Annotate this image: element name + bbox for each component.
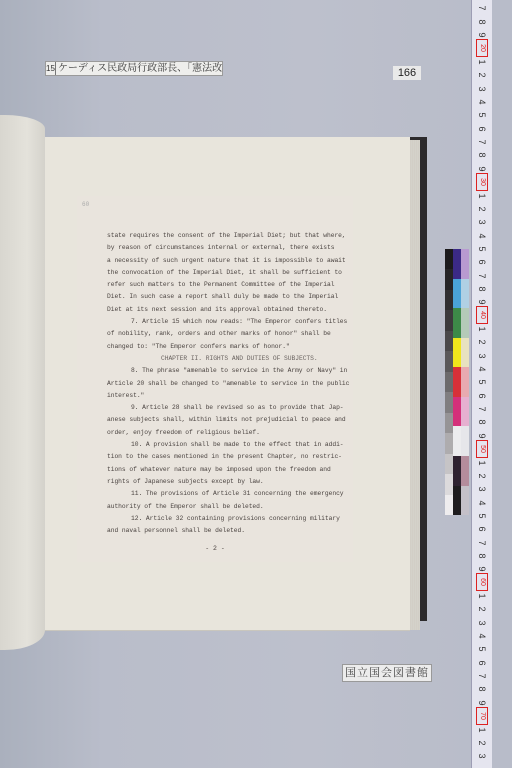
document-line: 12. Article 32 containing provisions con… xyxy=(107,513,345,525)
color-patch xyxy=(453,249,461,279)
document-page-footer: - 2 - xyxy=(77,545,353,552)
color-calibration-chart xyxy=(445,249,469,515)
typed-document: 60 state requires the consent of the Imp… xyxy=(77,196,353,562)
document-line: Diet at its next session and its approva… xyxy=(107,304,345,316)
gray-patch xyxy=(445,269,453,289)
gray-patch xyxy=(445,454,453,474)
document-line: and naval personnel shall be deleted. xyxy=(107,525,345,537)
color-patch xyxy=(453,338,461,368)
color-patch-row xyxy=(453,486,469,516)
color-patch xyxy=(461,367,469,397)
color-patch-row xyxy=(453,456,469,486)
color-patch xyxy=(453,397,461,427)
document-line: 8. The phrase "amenable to service in th… xyxy=(107,365,345,377)
color-patch-row xyxy=(453,367,469,397)
gray-patch xyxy=(445,433,453,453)
color-patch xyxy=(453,367,461,397)
document-line: 7. Article 15 which now reads: "The Empe… xyxy=(107,316,345,328)
color-patch xyxy=(453,426,461,456)
book-left-curl xyxy=(0,115,45,650)
color-patch xyxy=(461,397,469,427)
color-patch xyxy=(453,308,461,338)
archive-label-number: 15 xyxy=(46,62,56,75)
gray-patch xyxy=(445,413,453,433)
document-line: changed to: "The Emperor confers marks o… xyxy=(107,341,345,353)
gray-patch xyxy=(445,249,453,269)
color-patch xyxy=(461,338,469,368)
document-line: the convocation of the Imperial Diet, it… xyxy=(107,267,345,279)
document-line: state requires the consent of the Imperi… xyxy=(107,230,345,242)
archive-page-number: 166 xyxy=(393,66,421,80)
document-line: of nobility, rank, orders and other mark… xyxy=(107,328,345,340)
color-patch-row xyxy=(453,397,469,427)
color-patch xyxy=(461,279,469,309)
gray-patch xyxy=(445,495,453,515)
color-patch-row xyxy=(453,308,469,338)
library-stamp: 国立国会図書館 xyxy=(342,664,432,682)
chapter-heading: CHAPTER II. RIGHTS AND DUTIES OF SUBJECT… xyxy=(107,353,345,365)
document-line: Article 20 shall be changed to "amenable… xyxy=(107,378,345,390)
document-line: refer such matters to the Permanent Comm… xyxy=(107,279,345,291)
gray-patch xyxy=(445,290,453,310)
document-line: tion to the cases mentioned in the prese… xyxy=(107,451,345,463)
color-patch xyxy=(453,456,461,486)
color-patch-row xyxy=(453,279,469,309)
document-line: order, enjoy freedom of religious belief… xyxy=(107,427,345,439)
color-patch-row xyxy=(453,338,469,368)
gray-patch xyxy=(445,331,453,351)
color-patch xyxy=(461,486,469,516)
archive-label-title: ケーディス民政局行政部長、「憲法改正要綱」 xyxy=(56,62,223,75)
archive-label: 15 ケーディス民政局行政部長、「憲法改正要綱」 xyxy=(45,61,223,76)
color-patch xyxy=(461,308,469,338)
gray-patch xyxy=(445,474,453,494)
gray-patch xyxy=(445,372,453,392)
color-patch xyxy=(453,279,461,309)
document-line: rights of Japanese subjects except by la… xyxy=(107,476,345,488)
pencil-mark: 60 xyxy=(82,201,89,208)
gray-patch xyxy=(445,351,453,371)
document-line: 10. A provision shall be made to the eff… xyxy=(107,439,345,451)
ruler-tick-label: 3 xyxy=(477,747,487,765)
document-line: 11. The provisions of Article 31 concern… xyxy=(107,488,345,500)
document-line: Diet. In such case a report shall duly b… xyxy=(107,291,345,303)
document-line: interest." xyxy=(107,390,345,402)
measurement-ruler: 7892012345678930123456789401234567895012… xyxy=(471,0,492,768)
document-line: by reason of circumstances internal or e… xyxy=(107,242,345,254)
color-patch xyxy=(461,426,469,456)
color-patch xyxy=(461,249,469,279)
color-patches xyxy=(453,249,469,515)
document-line: tions of whatever nature may be imposed … xyxy=(107,464,345,476)
color-patch xyxy=(461,456,469,486)
gray-patch xyxy=(445,392,453,412)
color-patch xyxy=(453,486,461,516)
document-line: authority of the Emperor shall be delete… xyxy=(107,501,345,513)
gray-patch xyxy=(445,310,453,330)
document-line: a necessity of such urgent nature that i… xyxy=(107,255,345,267)
document-line: anese subjects shall, within limits not … xyxy=(107,414,345,426)
document-body: state requires the consent of the Imperi… xyxy=(107,230,345,537)
document-line: 9. Article 28 shall be revised so as to … xyxy=(107,402,345,414)
color-patch-row xyxy=(453,426,469,456)
grayscale-strip xyxy=(445,249,453,515)
color-patch-row xyxy=(453,249,469,279)
